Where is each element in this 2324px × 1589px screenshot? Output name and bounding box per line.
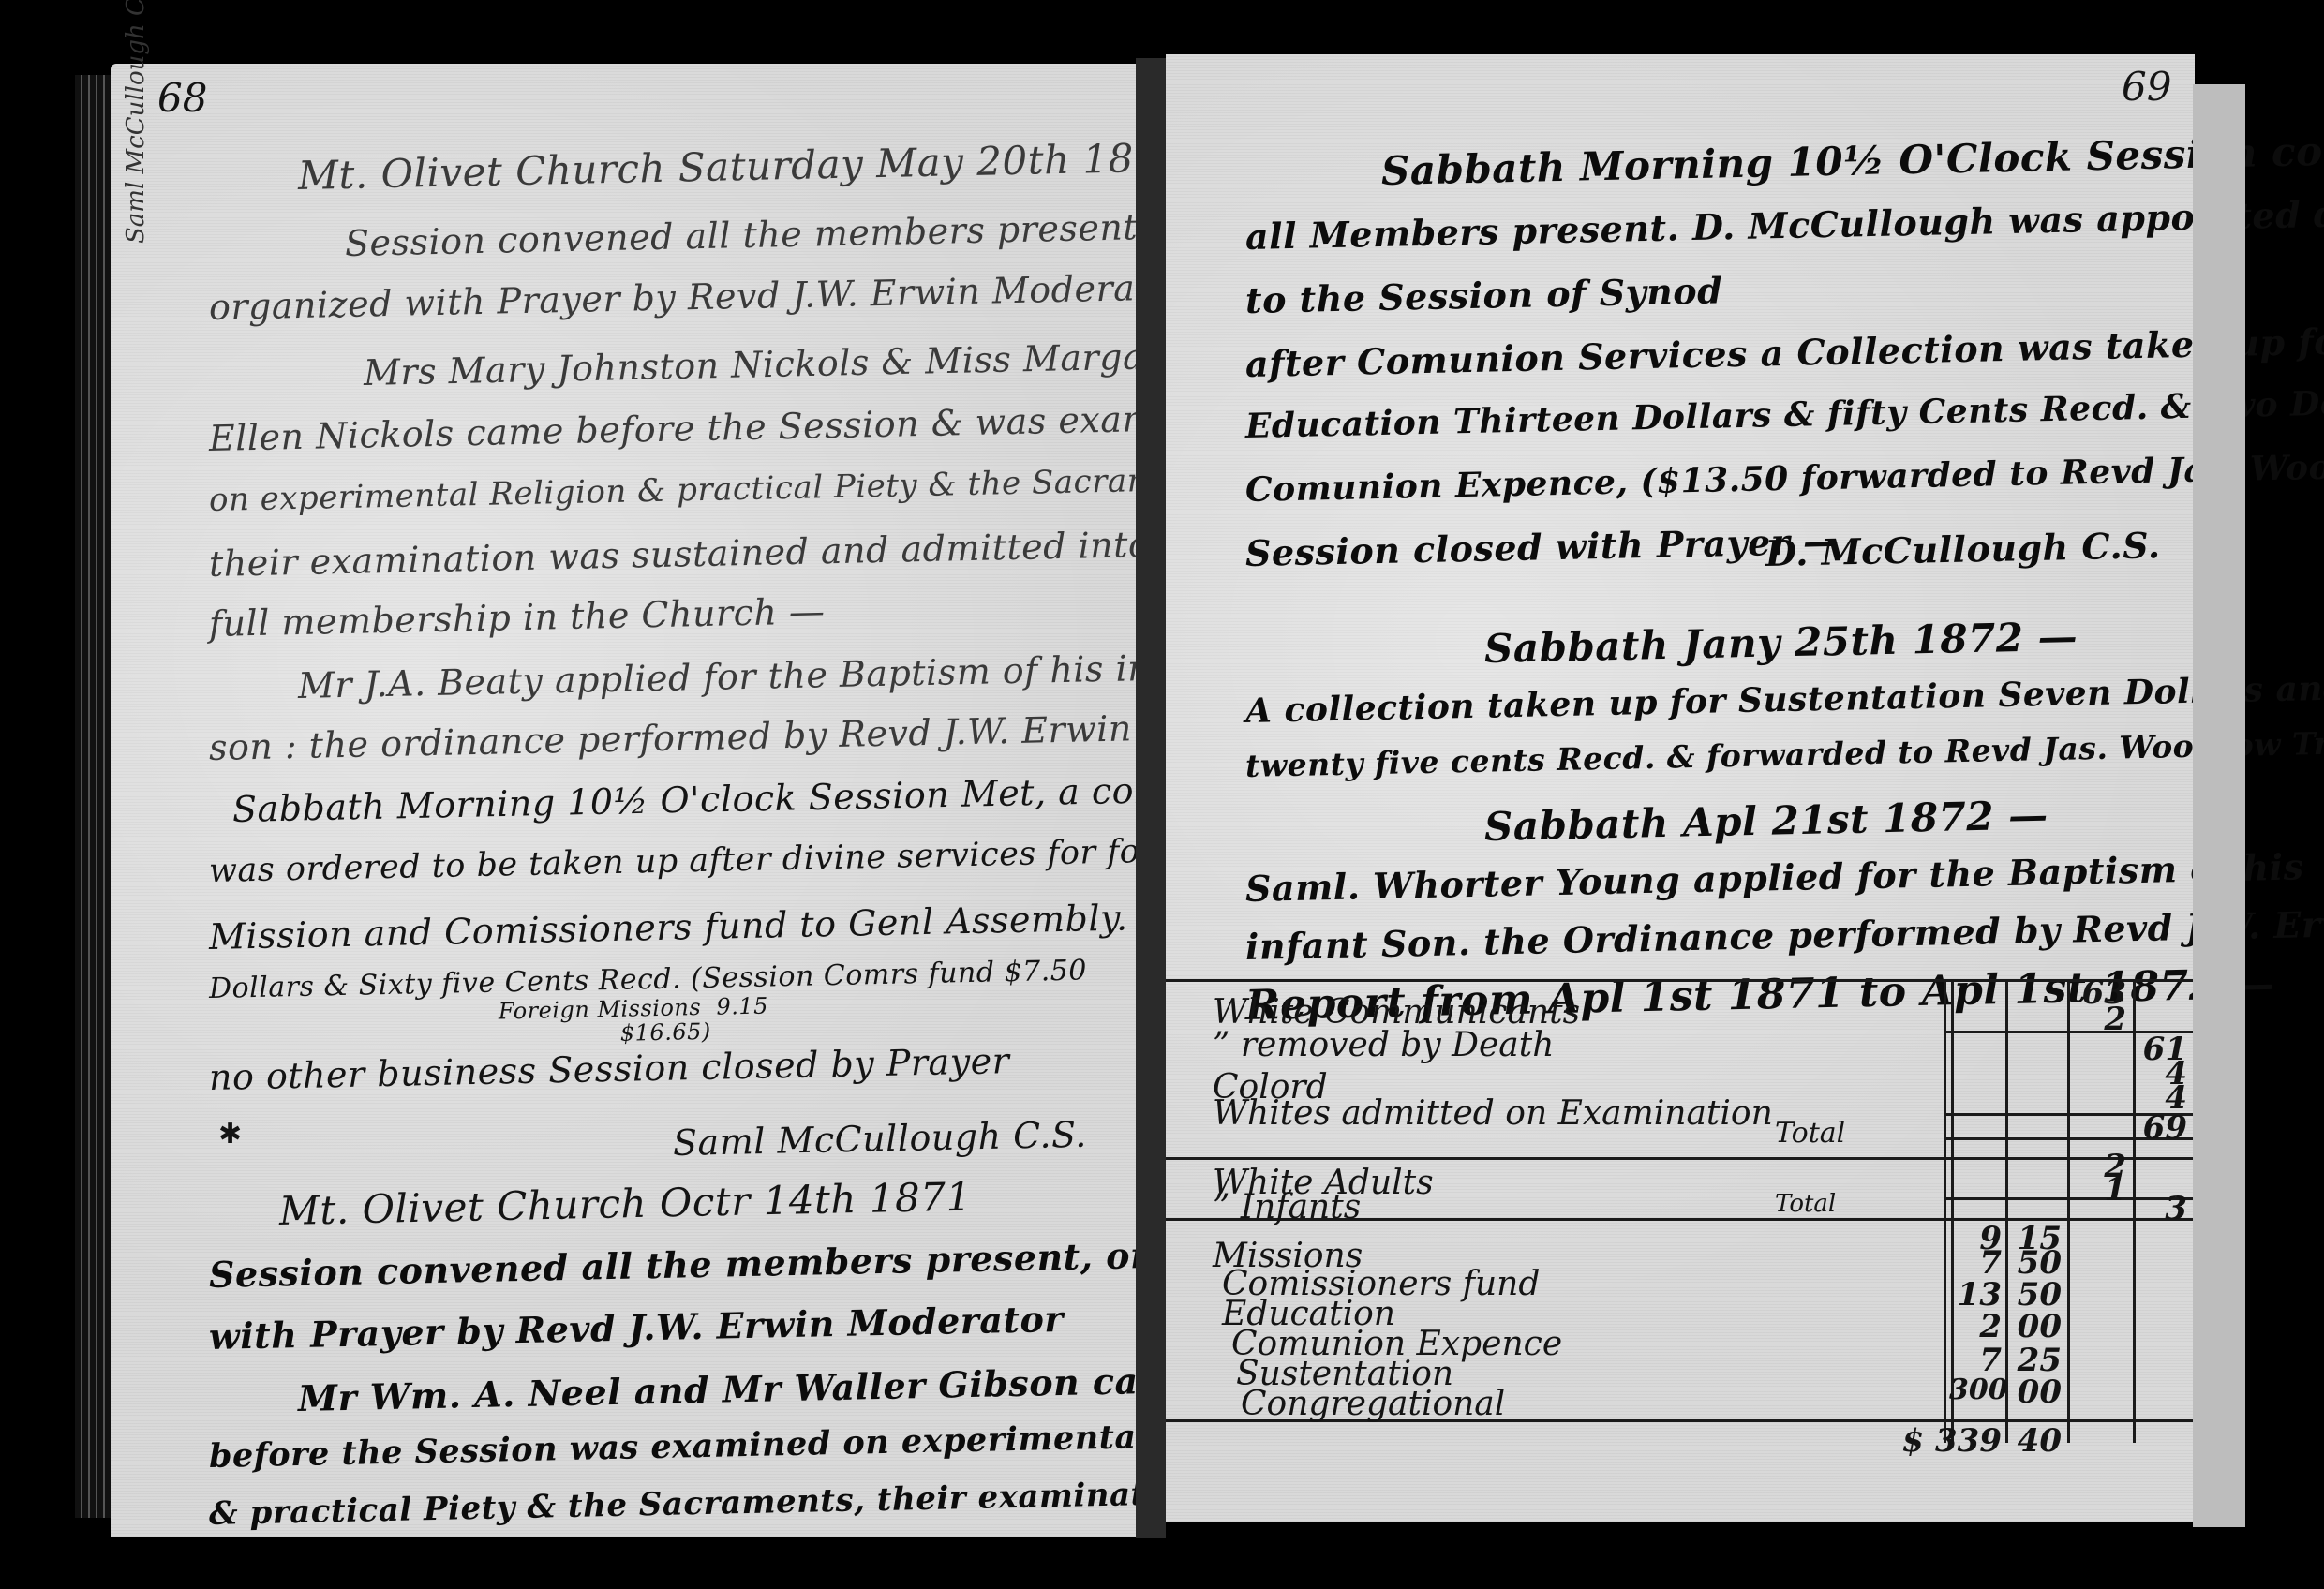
entry-line: Mr J.A. Beaty applied for the Baptism of… (298, 646, 1225, 706)
report-cents: 00 (2007, 1308, 2062, 1345)
entry-line: Session convened all the members present (345, 206, 1139, 264)
entry-line: organized with Prayer by Revd J.W. Erwin… (209, 266, 1190, 328)
entry-line: Mr Wm. A. Neel and Mr Waller Gibson came (298, 1359, 1200, 1419)
signature: D. McCullough C.S. (1765, 524, 2161, 574)
page-number-right: 69 (2122, 64, 2171, 110)
book-gutter (1136, 58, 1166, 1538)
next-leaf-edge (2193, 84, 2245, 1527)
entry-line: to the Session of Synod (1245, 269, 1723, 321)
report-label: ” removed by Death (1213, 1026, 1554, 1064)
entry-heading: Mt. Olivet Church Saturday May 20th 1871… (297, 133, 1238, 199)
report-grand-total-cents: 40 (2007, 1422, 2062, 1460)
entry-line: Mrs Mary Johnston Nickols & Miss Margare… (364, 334, 1199, 394)
entry-line: their examination was sustained and admi… (209, 524, 1151, 585)
page-number-left: 68 (157, 75, 207, 121)
report-label: Whites admitted on Examination (1213, 1094, 1773, 1133)
entry-line: son : the ordinance performed by Revd J.… (209, 706, 1181, 768)
entry-line: was ordered to be taken up after divine … (209, 831, 1230, 890)
report-label: ” Infants (1213, 1188, 1361, 1226)
report-value: 1 (2079, 1171, 2126, 1209)
report-table: White Communicants ” removed by Death 63… (1166, 956, 2195, 1443)
signature: Saml McCullough C.S. (673, 1114, 1088, 1164)
report-label: Congregational (1241, 1385, 1505, 1423)
report-total: 3 (2140, 1190, 2187, 1227)
entry-line: with Prayer by Revd J.W. Erwin Moderator (209, 1298, 1065, 1358)
report-cents: 00 (2007, 1374, 2062, 1411)
report-grand-total-dollars: $ 339 (1878, 1422, 2002, 1460)
report-label: Total (1775, 1117, 1845, 1150)
entry-line: full membership in the Church — (209, 590, 826, 645)
report-dollars: 2 (1953, 1308, 2002, 1345)
entry-line: Comunion Expence, ($13.50 forwarded to R… (1245, 443, 2324, 510)
asterisk-mark: ✱ (218, 1118, 242, 1151)
report-total: 69 (2140, 1109, 2187, 1147)
entry-line: Sabbath Morning 10½ O'clock Session Met,… (232, 767, 1273, 830)
entry-line: Mission and Comissioners fund to Genl As… (209, 894, 1279, 958)
entry-line: Ellen Nickols came before the Session & … (209, 396, 1237, 459)
entry-line: & practical Piety & the Sacraments, thei… (209, 1473, 1284, 1533)
entry-heading: Sabbath Jany 25th 1872 — (1483, 614, 2078, 672)
entry-line: all Members present. D. McCullough was a… (1245, 189, 2324, 258)
margin-note: Saml McCullough C.S. (122, 0, 150, 244)
report-value: 2 (2079, 1001, 2126, 1038)
left-page: 68 Mt. Olivet Church Saturday May 20th 1… (111, 64, 1140, 1537)
entry-heading: Sabbath Morning 10½ O'Clock Session conv… (1380, 125, 2324, 194)
entry-heading: Sabbath Apl 21st 1872 — (1483, 792, 2048, 850)
entry-line: Session closed with Prayer — (1245, 520, 1840, 574)
entry-line: twenty five cents Recd. & forwarded to R… (1245, 722, 2324, 784)
entry-line: Education Thirteen Dollars & fifty Cents… (1245, 380, 2324, 446)
report-dollars: 300 (1949, 1374, 2005, 1406)
entry-line: Saml. Whorter Young applied for the Bapt… (1245, 845, 2304, 910)
entry-line: after Comunion Services a Collection was… (1245, 319, 2324, 385)
report-label: Total (1775, 1190, 1836, 1218)
entry-line: A collection taken up for Sustentation S… (1245, 668, 2324, 731)
entry-heading: Mt. Olivet Church Octr 14th 1871 (278, 1174, 972, 1234)
entry-line: on experimental Religion & practical Pie… (209, 460, 1229, 519)
book-binding (75, 75, 112, 1518)
